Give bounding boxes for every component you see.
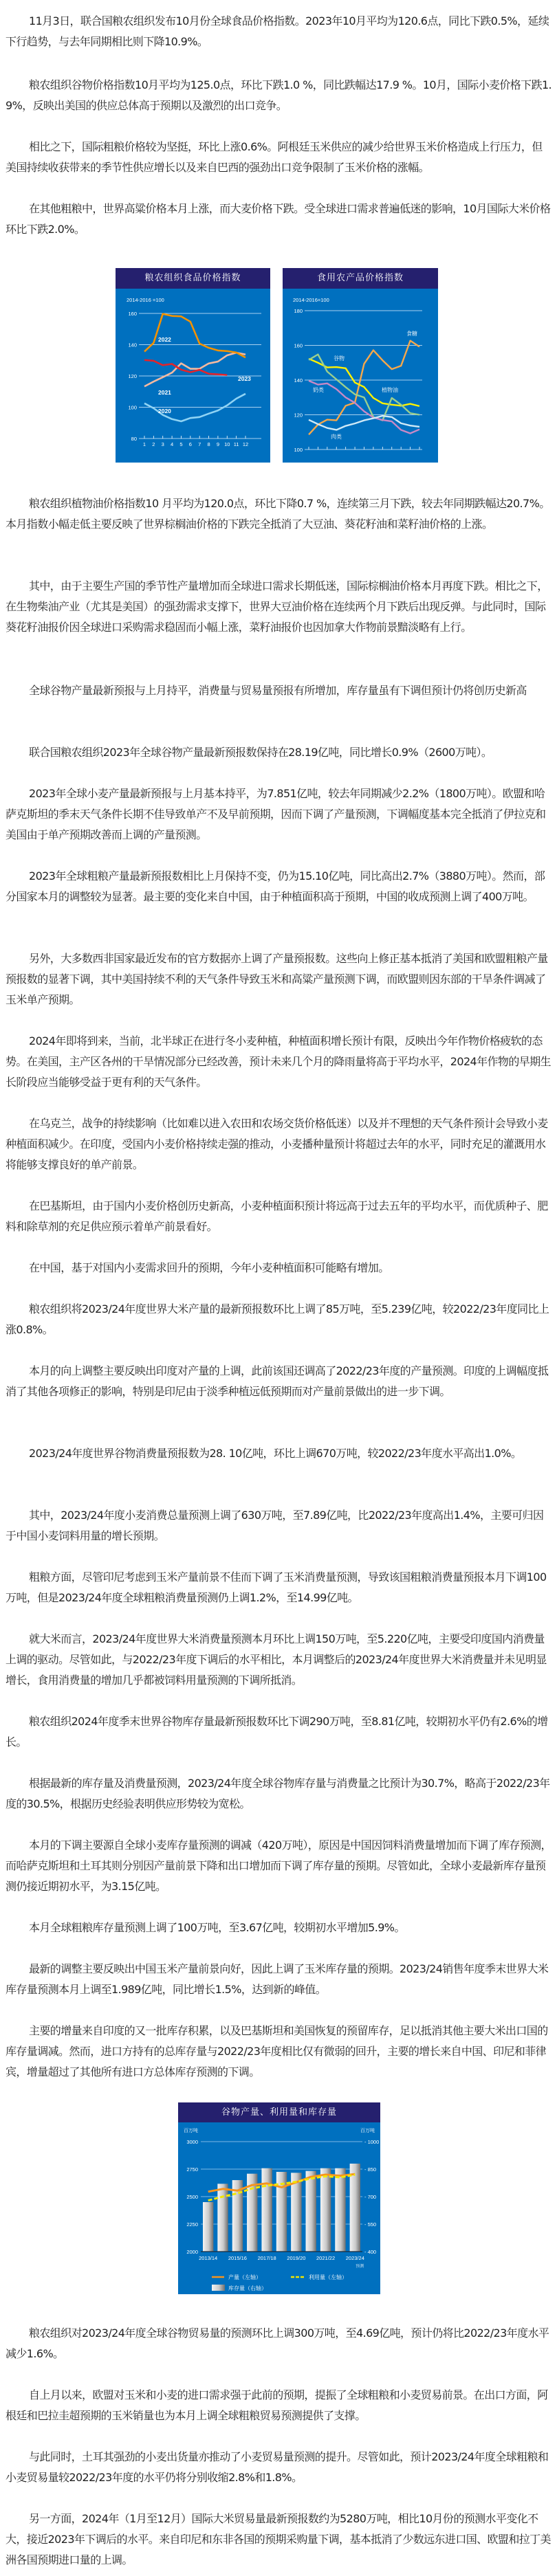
svg-text:谷物: 谷物	[334, 355, 345, 362]
stocks-bar	[335, 2168, 345, 2252]
svg-text:2023: 2023	[238, 375, 251, 382]
svg-text:2013/14: 2013/14	[199, 2255, 217, 2261]
svg-text:120: 120	[294, 412, 303, 419]
svg-text:12: 12	[243, 441, 248, 447]
agri-commodity-price-index-chart: 食用农产品价格指数 2014-2016=100100120140160180食糖…	[283, 268, 438, 463]
svg-text:库存量（右轴）: 库存量（右轴）	[228, 2285, 267, 2291]
paragraph: 另一方面，2024年（1月至12月）国际大米贸易量最新预报数约为5280万吨，相…	[6, 2509, 553, 2571]
food-price-index-plot: 2014-2016 =10080100120140160123456789101…	[116, 289, 270, 463]
svg-text:2250: 2250	[186, 2221, 198, 2228]
chart-title: 谷物产量、利用量和库存量	[178, 2102, 380, 2122]
cereal-production-utilization-stocks-plot: 百万吨百万吨2000- 4002250- 5502500- 7002750- 8…	[178, 2122, 380, 2294]
paragraph: 2023年全球小麦产量最新预报与上月基本持平，为7.851亿吨，较去年同期减少2…	[6, 784, 553, 845]
food-price-index-chart: 粮农组织食品价格指数 2014-2016 =100801001201401601…	[116, 268, 270, 463]
paragraph: 相比之下，国际粗粮价格较为坚挺，环比上涨0.6%。阿根廷玉米供应的减少给世界玉米…	[6, 137, 553, 178]
svg-text:2019/20: 2019/20	[287, 2255, 305, 2261]
paragraph: 粮农组织2024年度季末世界谷物库存量最新预报数环比下调290万吨，至8.81亿…	[6, 1711, 553, 1753]
series-line-2021	[144, 353, 245, 386]
paragraph: 自上月以来，欧盟对玉米和小麦的进口需求强于此前的预期，提振了全球粗粮和小麦贸易前…	[6, 2385, 553, 2426]
paragraph: 本月全球粗粮库存量预测上调了100万吨，至3.67亿吨，较期初水平增加5.9%。	[6, 1918, 553, 1938]
paragraph: 最新的调整主要反映出中国玉米产量前景向好，因此上调了玉米库存量的预期。2023/…	[6, 1959, 553, 2000]
svg-text:产量（左轴）: 产量（左轴）	[228, 2274, 261, 2280]
stocks-bar	[350, 2164, 360, 2252]
svg-text:- 700: - 700	[364, 2194, 376, 2200]
svg-text:140: 140	[128, 342, 137, 348]
paragraph: 全球谷物产量最新预报与上月持平，消费量与贸易量预报有所增加，库存量虽有下调但预计…	[6, 680, 553, 701]
svg-text:2500: 2500	[186, 2194, 198, 2200]
paragraph: 粮农组织将2023/24年度世界大米产量的最新预报数环比上调了85万吨，至5.2…	[6, 1299, 553, 1340]
agri-commodity-price-index-plot: 2014-2016=100100120140160180食糖谷物植物油奶类肉类	[283, 289, 438, 463]
svg-text:奶类: 奶类	[313, 386, 324, 393]
svg-text:140: 140	[294, 377, 303, 384]
paragraph: 联合国粮农组织2023年全球谷物产量最新预报数保持在28.19亿吨，同比增长0.…	[6, 742, 553, 763]
paragraph: 11月3日，联合国粮农组织发布10月份全球食品价格指数。2023年10月平均为1…	[6, 11, 553, 52]
svg-text:6: 6	[189, 441, 192, 447]
svg-text:160: 160	[294, 343, 303, 349]
svg-text:100: 100	[294, 447, 303, 453]
paragraph: 另外，大多数西非国家最近发布的官方数据亦上调了产量预报数。这些向上修正基本抵消了…	[6, 948, 553, 1010]
svg-text:7: 7	[198, 441, 201, 447]
svg-text:利用量（左轴）: 利用量（左轴）	[309, 2274, 347, 2280]
svg-text:11: 11	[234, 441, 239, 447]
paragraph: 本月的下调主要源自全球小麦库存量预测的调减（420万吨），原因是中国因饲料消费量…	[6, 1835, 553, 1897]
paragraph: 与此同时，土耳其强劲的小麦出货量亦推动了小麦贸易量预测的提升。尽管如此，预计20…	[6, 2447, 553, 2488]
svg-text:120: 120	[128, 373, 137, 379]
paragraph: 其中，由于主要生产国的季节性产量增加而全球进口需求长期低迷，国际棕榈油价格本月再…	[6, 576, 553, 638]
svg-text:3000: 3000	[186, 2139, 198, 2145]
paragraph: 其中，2023/24年度小麦消费总量预测上调了630万吨，至7.89亿吨，比20…	[6, 1505, 553, 1546]
stocks-bar	[320, 2168, 331, 2252]
stocks-bar	[306, 2171, 316, 2252]
paragraph: 在乌克兰，战争的持续影响（比如难以进入农田和农场交货价格低迷）以及并不理想的天气…	[6, 1113, 553, 1175]
chart-subtitle: 2014-2016=100	[293, 297, 329, 303]
svg-text:4: 4	[171, 441, 173, 447]
svg-text:百万吨: 百万吨	[360, 2127, 375, 2133]
paragraph: 粮农组织谷物价格指数10月平均为125.0点，环比下跌1.0 %，同比跌幅达17…	[6, 75, 553, 116]
stocks-bar	[203, 2202, 213, 2252]
svg-text:5: 5	[179, 441, 182, 447]
svg-text:2000: 2000	[186, 2249, 198, 2255]
svg-text:2021/22: 2021/22	[316, 2255, 335, 2261]
svg-text:160: 160	[128, 311, 137, 317]
stocks-bar	[261, 2168, 272, 2252]
paragraph: 主要的增量来自印度的又一批库存积累，以及巴基斯坦和美国恢复的预留库存，足以抵消其…	[6, 2021, 553, 2083]
paragraph: 在中国，基于对国内小麦需求回升的预期，今年小麦种植面积可能略有增加。	[6, 1258, 553, 1278]
svg-text:2023/24: 2023/24	[346, 2255, 364, 2261]
paragraph: 就大米而言，2023/24年度世界大米消费量预测本月环比上调150万吨，至5.2…	[6, 1629, 553, 1691]
paragraph: 粮农组织植物油价格指数10 月平均为120.0点，环比下降0.7 %，连续第三月…	[6, 493, 553, 535]
svg-text:10: 10	[224, 441, 230, 447]
series-line-肉类	[309, 416, 419, 430]
svg-text:- 1000: - 1000	[364, 2139, 379, 2145]
chart-title: 食用农产品价格指数	[283, 268, 438, 289]
svg-text:预测: 预测	[356, 2263, 364, 2269]
stocks-bar	[217, 2184, 228, 2252]
svg-text:- 550: - 550	[364, 2221, 376, 2228]
svg-text:2015/16: 2015/16	[228, 2255, 247, 2261]
svg-text:2: 2	[152, 441, 155, 447]
cereal-production-utilization-stocks-chart: 谷物产量、利用量和库存量 百万吨百万吨2000- 4002250- 550250…	[178, 2102, 380, 2294]
svg-text:- 850: - 850	[364, 2166, 376, 2173]
svg-text:180: 180	[294, 308, 303, 314]
svg-text:2022: 2022	[158, 336, 171, 343]
paragraph: 本月的向上调整主要反映出印度对产量的上调，此前该国还调高了2022/23年度的产…	[6, 1361, 553, 1402]
svg-text:80: 80	[131, 436, 137, 442]
chart-subtitle: 2014-2016 =100	[127, 297, 164, 303]
paragraph: 2023/24年度世界谷物消费量预报数为28. 10亿吨，环比上调670万吨，较…	[6, 1443, 553, 1464]
svg-text:2020: 2020	[158, 408, 171, 414]
svg-text:植物油: 植物油	[382, 386, 398, 393]
svg-text:2021: 2021	[158, 389, 171, 396]
paragraph: 2024年即将到来，当前，北半球正在进行冬小麦种植，种植面积增长预计有限，反映出…	[6, 1031, 553, 1093]
paragraph: 在巴基斯坦，由于国内小麦价格创历史新高，小麦种植面积预计将远高于过去五年的平均水…	[6, 1196, 553, 1237]
svg-text:3: 3	[162, 441, 164, 447]
paragraph: 粮农组织对2023/24年度全球谷物贸易量的预测环比上调300万吨，至4.69亿…	[6, 2323, 553, 2364]
paragraph: 2023年全球粗粮产量最新预报数相比上月保持不变，仍为15.10亿吨，同比高出2…	[6, 866, 553, 907]
svg-text:8: 8	[207, 441, 210, 447]
paragraph: 根据最新的库存量及消费量预测，2023/24年度全球谷物库存量与消费量之比预计为…	[6, 1773, 553, 1814]
paragraph: 粗粮方面，尽管印尼考虑到玉米产量前景不佳而下调了玉米消费量预测，导致该国粗粮消费…	[6, 1567, 553, 1608]
svg-text:- 400: - 400	[364, 2249, 376, 2255]
svg-text:1: 1	[143, 441, 146, 447]
svg-text:2750: 2750	[186, 2166, 198, 2173]
chart-title: 粮农组织食品价格指数	[116, 268, 270, 289]
paragraph: 在其他粗粮中，世界高粱价格本月上涨，而大麦价格下跌。受全球进口需求普遍低迷的影响…	[6, 199, 553, 240]
svg-text:肉类: 肉类	[331, 433, 342, 440]
svg-text:百万吨: 百万吨	[184, 2127, 198, 2133]
svg-text:2017/18: 2017/18	[258, 2255, 276, 2261]
svg-text:食糖: 食糖	[406, 330, 417, 337]
svg-text:100: 100	[128, 405, 137, 411]
svg-text:9: 9	[217, 441, 219, 447]
